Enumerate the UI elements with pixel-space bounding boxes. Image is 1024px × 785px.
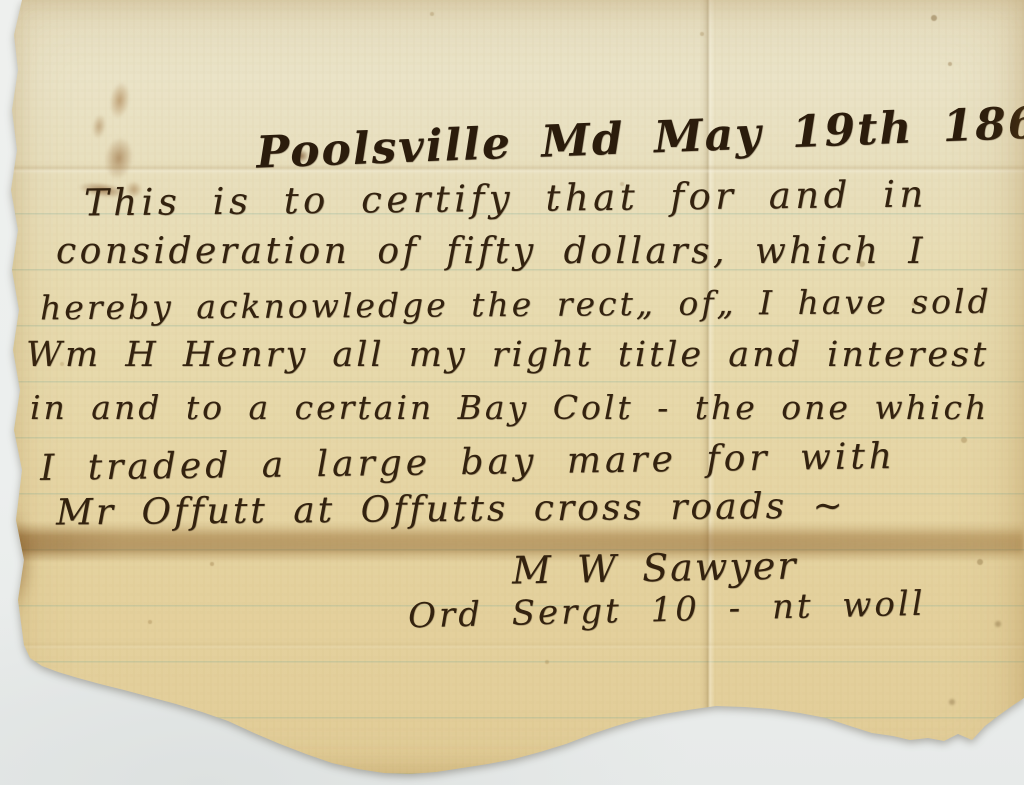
dateline: Poolsville Md May 19th 1863 bbox=[255, 100, 1024, 175]
paper-sheet: Poolsville Md May 19th 1863 This is to c… bbox=[0, 0, 1024, 785]
body-line-3: hereby acknowledge the rect„ of„ I have … bbox=[40, 285, 992, 325]
dirt-speckles bbox=[0, 0, 4, 4]
paper-shadow-wrap: Poolsville Md May 19th 1863 This is to c… bbox=[0, 0, 1024, 785]
scanned-document: Poolsville Md May 19th 1863 This is to c… bbox=[0, 0, 1024, 785]
body-line-5: in and to a certain Bay Colt - the one w… bbox=[30, 391, 989, 424]
body-line-1: This is to certify that for and in bbox=[84, 176, 928, 222]
horizontal-fold-crease-lower bbox=[0, 641, 1024, 649]
body-line-2: consideration of fifty dollars, which I bbox=[56, 234, 926, 270]
body-line-6: I traded a large bay mare for with bbox=[40, 439, 896, 487]
signature-rank: Ord Sergt 10 - nt woll bbox=[408, 587, 926, 634]
body-line-7: Mr Offutt at Offutts cross roads ~ bbox=[56, 489, 846, 532]
signature-name: M W Sawyer bbox=[512, 547, 798, 590]
stain-left-edge bbox=[0, 486, 52, 636]
body-line-4: Wm H Henry all my right title and intere… bbox=[26, 338, 989, 373]
